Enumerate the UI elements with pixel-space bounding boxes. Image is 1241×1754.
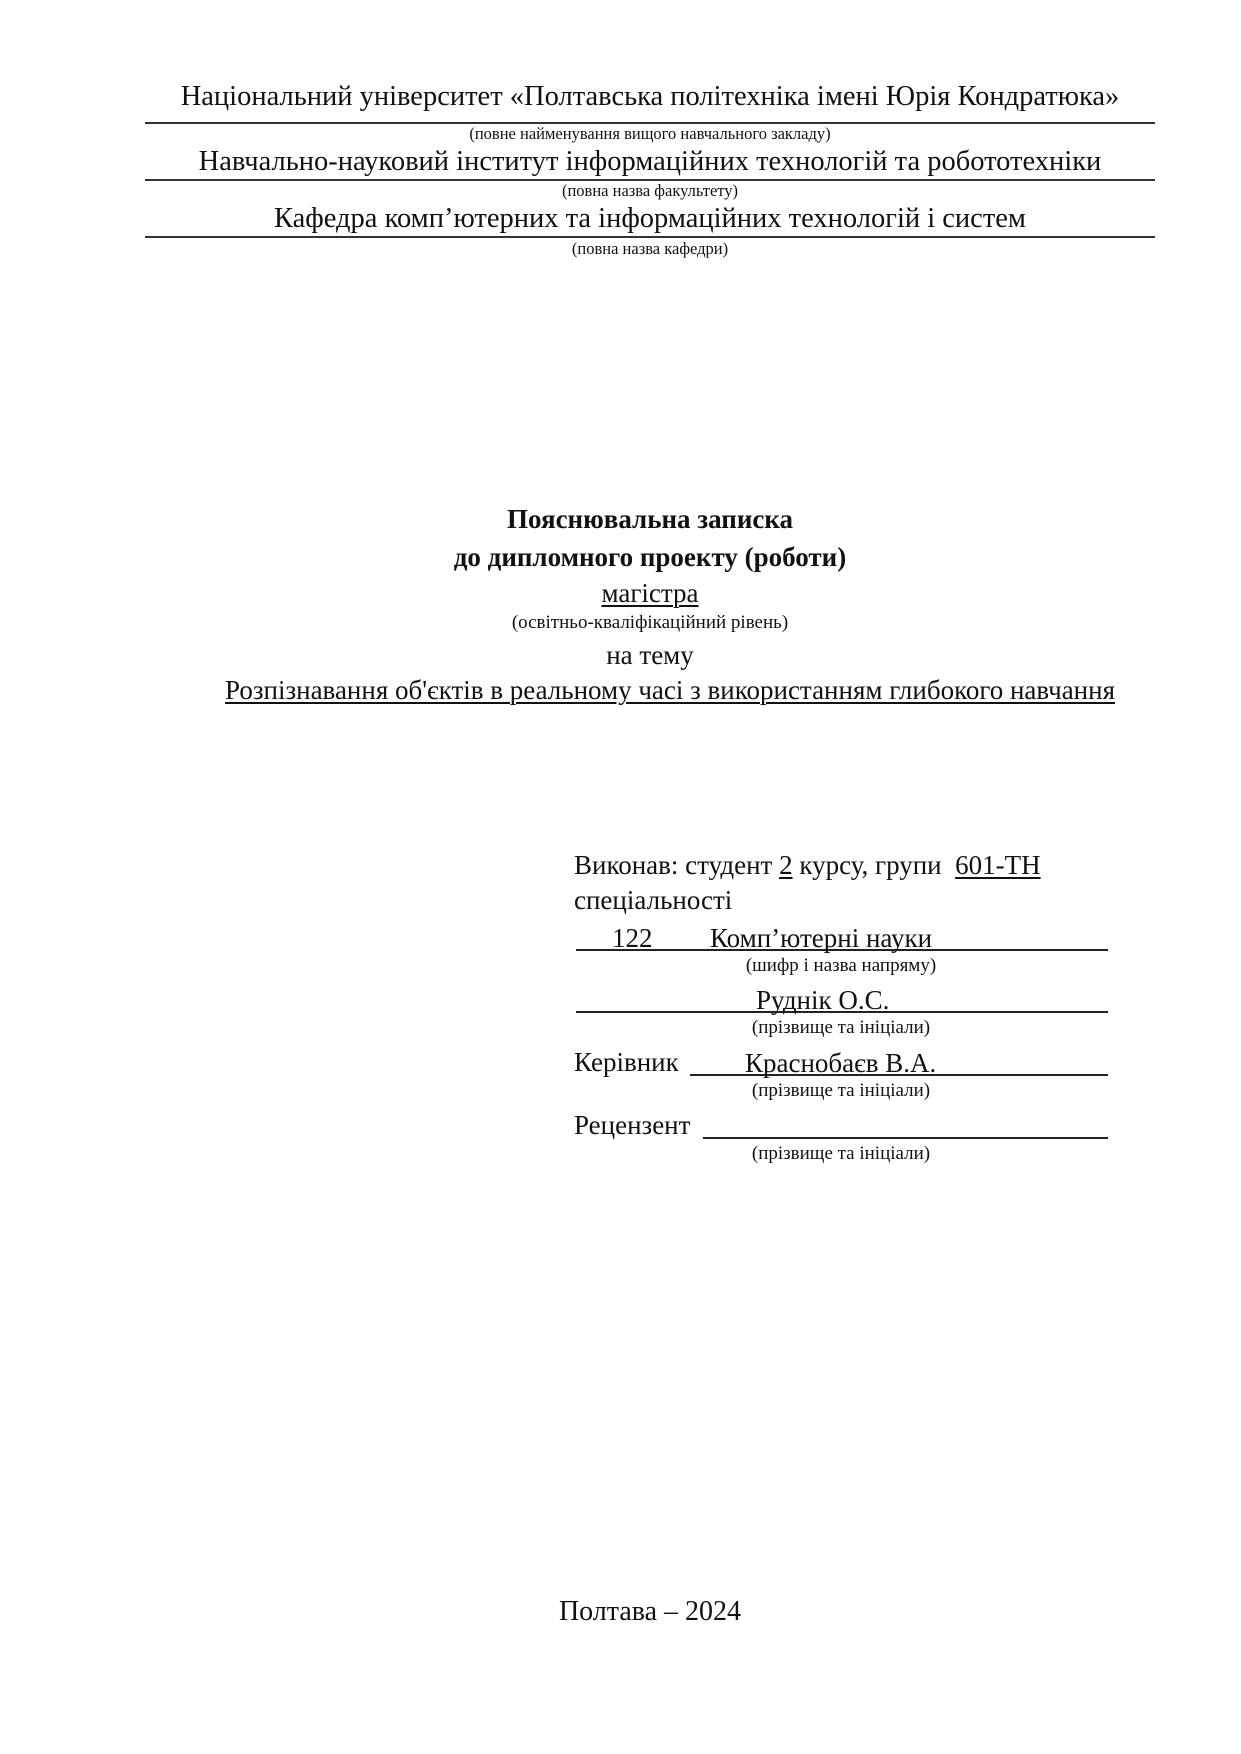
supervisor-caption: (прізвище та ініціали)	[574, 1081, 1108, 1100]
supervisor-name-line: Краснобаєв В.А.	[690, 1044, 1108, 1076]
group-number: 601-ТН	[955, 850, 1040, 880]
degree-level-wrap: магістра	[145, 580, 1155, 607]
faculty-name: Навчально-науковий інститут інформаційни…	[145, 148, 1155, 177]
document-title: Пояснювальна записка	[145, 506, 1155, 533]
reviewer-label: Рецензент	[574, 1112, 690, 1139]
student-name-line: Руднік О.С.	[576, 981, 1108, 1013]
topic-wrap: Розпізнавання об'єктів в реальному часі …	[165, 677, 1175, 704]
department-name: Кафедра комп’ютерних та інформаційних те…	[145, 205, 1155, 234]
city-year: Полтава – 2024	[145, 1598, 1155, 1626]
on-topic-label: на тему	[145, 642, 1155, 669]
faculty-caption: (повна назва факультету)	[145, 183, 1155, 200]
specialty-code: 122	[612, 925, 653, 952]
institution-caption: (повне найменування вищого навчального з…	[145, 126, 1155, 143]
institution-name: Національний університет «Полтавська пол…	[145, 83, 1155, 112]
performed-prefix: Виконав: студент	[574, 850, 772, 880]
specialty-caption: (шифр і назва напряму)	[574, 956, 1108, 975]
performed-by-line: Виконав: студент 2 курсу, групи 601-ТН	[574, 852, 1041, 879]
student-name: Руднік О.С.	[756, 987, 889, 1014]
document-subtitle: до дипломного проекту (роботи)	[145, 544, 1155, 571]
specialty-name: Комп’ютерні науки	[710, 925, 932, 952]
supervisor-label: Керівник	[574, 1049, 679, 1076]
degree-caption: (освітньо-кваліфікаційний рівень)	[145, 613, 1155, 632]
student-caption: (прізвище та ініціали)	[574, 1018, 1108, 1037]
thesis-topic: Розпізнавання об'єктів в реальному часі …	[225, 675, 1115, 705]
degree-level: магістра	[601, 578, 698, 608]
specialty-label: спеціальності	[574, 887, 732, 914]
department-rule	[145, 236, 1155, 238]
course-suffix: курсу, групи	[799, 850, 941, 880]
supervisor-name: Краснобаєв В.А.	[745, 1050, 936, 1077]
reviewer-caption: (прізвище та ініціали)	[574, 1144, 1108, 1163]
department-caption: (повна назва кафедри)	[145, 241, 1155, 258]
course-number: 2	[779, 850, 793, 880]
reviewer-name-line	[703, 1107, 1108, 1139]
specialty-line: 122 Комп’ютерні науки	[576, 919, 1108, 951]
